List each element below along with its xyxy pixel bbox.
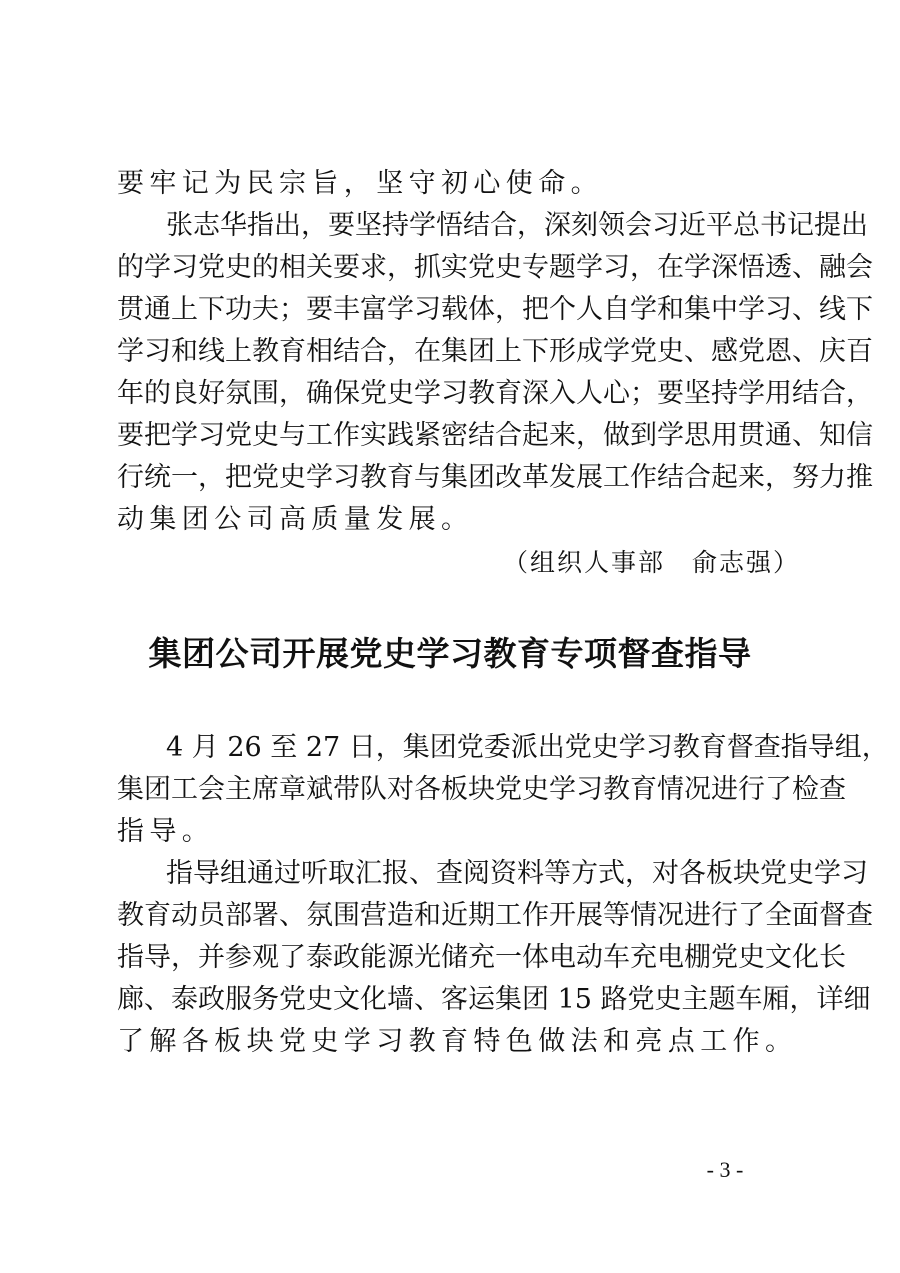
paragraph-line: 年的良好氛围，确保党史学习教育深入人心；要坚持学用结合， [117,377,807,411]
paragraph-line: 教育动员部署、氛围营造和近期工作开展等情况进行了全面督查 [117,899,807,933]
paragraph-line: 指导。 [117,815,807,849]
paragraph-line: 要牢记为民宗旨，坚守初心使命。 [117,167,807,201]
paragraph-line: 行统一，把党史学习教育与集团改革发展工作结合起来，努力推 [117,461,807,495]
article-signature: （组织人事部 俞志强） [503,546,800,580]
paragraph-line: 要把学习党史与工作实践紧密结合起来，做到学思用贯通、知信 [117,419,807,453]
paragraph-line: 指导，并参观了泰政能源光储充一体电动车充电棚党史文化长 [117,941,807,975]
paragraph-line: 指导组通过听取汇报、查阅资料等方式，对各板块党史学习 [166,857,807,891]
page-number: - 3 - [275,1157,900,1183]
paragraph-line: 廊、泰政服务党史文化墙、客运集团 15 路党史主题车厢，详细 [117,983,807,1017]
paragraph-line: 贯通上下功夫；要丰富学习载体，把个人自学和集中学习、线下 [117,293,807,327]
paragraph-line: 学习和线上教育相结合，在集团上下形成学党史、感党恩、庆百 [117,335,807,369]
paragraph-line: 动集团公司高质量发展。 [117,503,807,537]
paragraph-line: 4 月 26 至 27 日，集团党委派出党史学习教育督查指导组， [166,731,807,765]
paragraph-line: 了解各板块党史学习教育特色做法和亮点工作。 [117,1025,807,1059]
article-title: 集团公司开展党史学习教育专项督查指导 [0,628,900,675]
paragraph-line: 张志华指出，要坚持学悟结合，深刻领会习近平总书记提出 [166,209,807,243]
paragraph-line: 的学习党史的相关要求，抓实党史专题学习，在学深悟透、融会 [117,251,807,285]
paragraph-line: 集团工会主席章斌带队对各板块党史学习教育情况进行了检查 [117,773,807,807]
